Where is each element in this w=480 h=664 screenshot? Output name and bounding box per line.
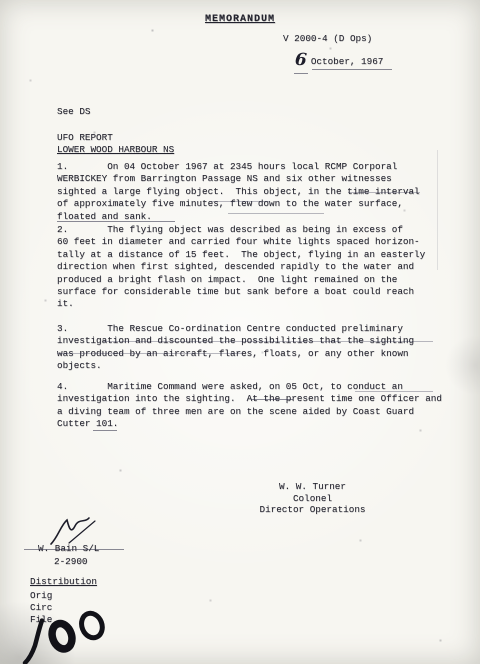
signatory-name: W. W. Turner — [240, 481, 385, 493]
paragraph-line: it. — [57, 298, 425, 310]
handwritten-page-number — [5, 603, 123, 664]
paragraph-line: Cutter 101. — [57, 418, 442, 430]
paragraph-line: 2. The flying object was described as be… — [57, 224, 425, 236]
pencil-mark — [251, 399, 293, 400]
pencil-mark — [93, 430, 117, 431]
strikethrough-mark — [24, 549, 124, 550]
paragraph-4: 4. Maritime Command were asked, on 05 Oc… — [57, 381, 442, 431]
date-text: October, 1967 — [311, 56, 384, 68]
paragraph-line: tally at a distance of 15 feet. The obje… — [57, 249, 425, 261]
paragraph-2: 2. The flying object was described as be… — [57, 224, 425, 311]
subject-line-2: LOWER WOOD HARBOUR NS — [57, 144, 174, 156]
paragraph-line: a diving team of three men are on the sc… — [57, 406, 442, 418]
paragraph-line: 3. The Rescue Co-ordination Centre condu… — [57, 323, 414, 335]
paragraph-line: 60 feet in diameter and carried four whi… — [57, 236, 425, 248]
signatory-rank: Colonel — [240, 493, 385, 505]
see-note: See DS — [57, 106, 90, 118]
distribution-label: Distribution — [30, 576, 97, 588]
pencil-mark — [103, 341, 433, 342]
pencil-mark — [312, 69, 392, 70]
subject-line-1: UFO REPORT — [57, 132, 113, 144]
paragraph-line: objects. — [57, 360, 414, 372]
paragraph-line: investigation into the sighting. At the … — [57, 393, 442, 405]
pencil-mark — [294, 73, 308, 74]
date-line: 6 October, 1967 — [295, 52, 383, 68]
pencil-mark — [355, 391, 433, 392]
signature-block: W. W. Turner Colonel Director Operations — [240, 481, 385, 516]
paragraph-line: was produced by an aircraft, flares, flo… — [57, 348, 414, 360]
pencil-mark — [348, 192, 420, 193]
paragraph-line: WERBICKEY from Barrington Passage NS and… — [57, 173, 420, 185]
paragraph-line: 1. On 04 October 1967 at 2345 hours loca… — [57, 161, 420, 173]
scan-noise-specks — [0, 0, 1, 1]
scanned-memo-page: MEMORANDUM V 2000-4 (D Ops) 6 October, 1… — [0, 0, 480, 664]
phone-number: 2-2900 — [54, 556, 87, 568]
handwritten-day: 6 — [294, 52, 307, 69]
pencil-mark — [228, 213, 324, 214]
distribution-item: Orig — [30, 590, 52, 602]
signatory-title: Director Operations — [240, 504, 385, 516]
file-reference: V 2000-4 (D Ops) — [283, 33, 372, 45]
memo-title: MEMORANDUM — [0, 14, 480, 25]
pencil-mark — [57, 353, 242, 354]
paragraph-line: surface for considerable time but sank b… — [57, 286, 425, 298]
paragraph-line: direction when first sighted, descended … — [57, 261, 425, 273]
pencil-mark — [57, 221, 175, 222]
pencil-mark — [211, 201, 269, 202]
paragraph-line: produced a bright flash on impact. One l… — [57, 274, 425, 286]
scan-edge-artifact — [437, 150, 438, 270]
paragraph-3: 3. The Rescue Co-ordination Centre condu… — [57, 323, 414, 373]
